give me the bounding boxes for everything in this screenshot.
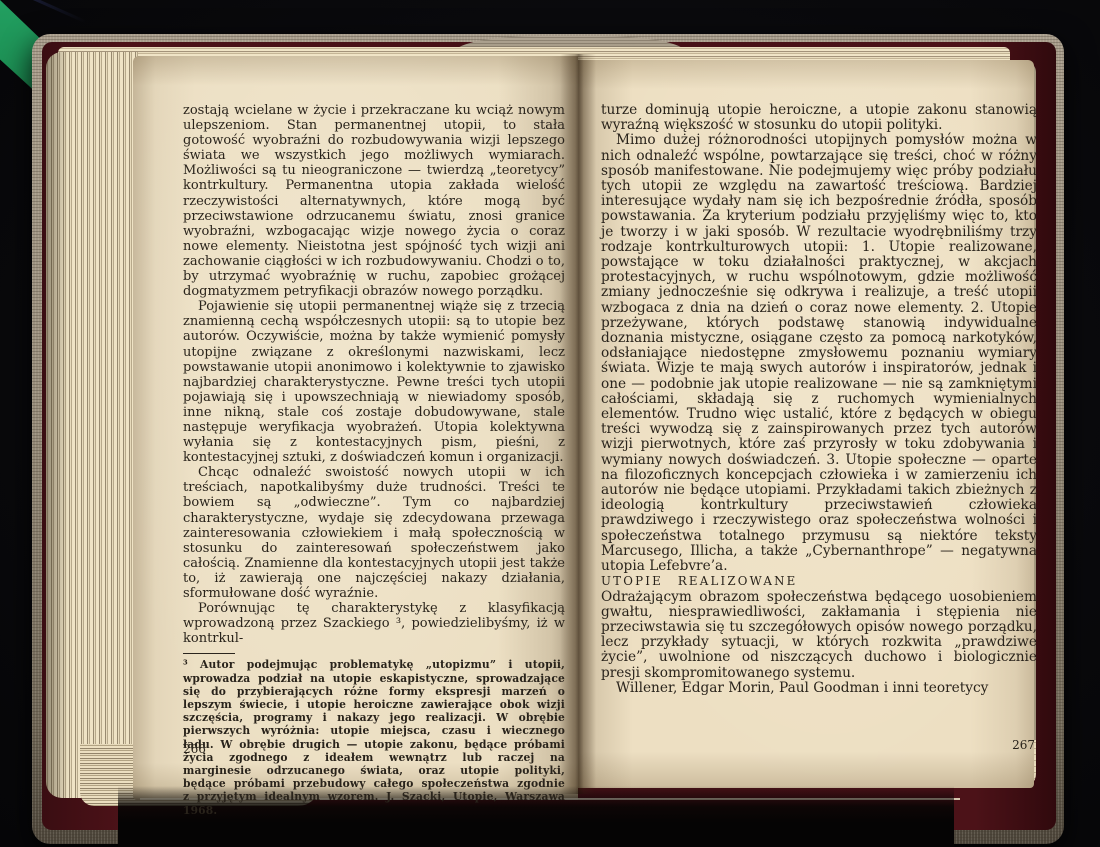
page-number-right: 267 — [985, 738, 1035, 752]
left-page-text-column: zostają wcielane w życie i przekraczane … — [183, 103, 565, 817]
body-paragraph: zostają wcielane w życie i przekraczane … — [183, 103, 565, 299]
body-paragraph: Porównując tę charakterystykę z klasyfik… — [183, 601, 565, 646]
page-number-left: 266 — [183, 742, 206, 756]
body-paragraph: Pojawienie się utopii permanentnej wiąże… — [183, 299, 565, 465]
right-page-text-column: turze dominują utopie heroiczne, a utopi… — [601, 103, 1037, 696]
body-paragraph: turze dominują utopie heroiczne, a utopi… — [601, 103, 1037, 133]
section-heading: UTOPIE REALIZOWANE — [601, 574, 1037, 589]
body-paragraph: Willener, Edgar Morin, Paul Goodman i in… — [601, 681, 1037, 696]
body-paragraph: Odrażającym obrazom społeczeństwa będące… — [601, 590, 1037, 681]
body-paragraph: Mimo dużej różnorodności utopijnych pomy… — [601, 133, 1037, 574]
footnote: ³ Autor podejmując problematykę „utopizm… — [183, 658, 565, 816]
body-paragraph: Chcąc odnaleźć swoistość nowych utopii w… — [183, 465, 565, 601]
footnote-separator-rule — [183, 653, 235, 654]
book-gutter-shadow — [560, 54, 596, 794]
page-stack-left-edge — [46, 52, 138, 798]
book-photo-scene: zostają wcielane w życie i przekraczane … — [0, 0, 1100, 847]
